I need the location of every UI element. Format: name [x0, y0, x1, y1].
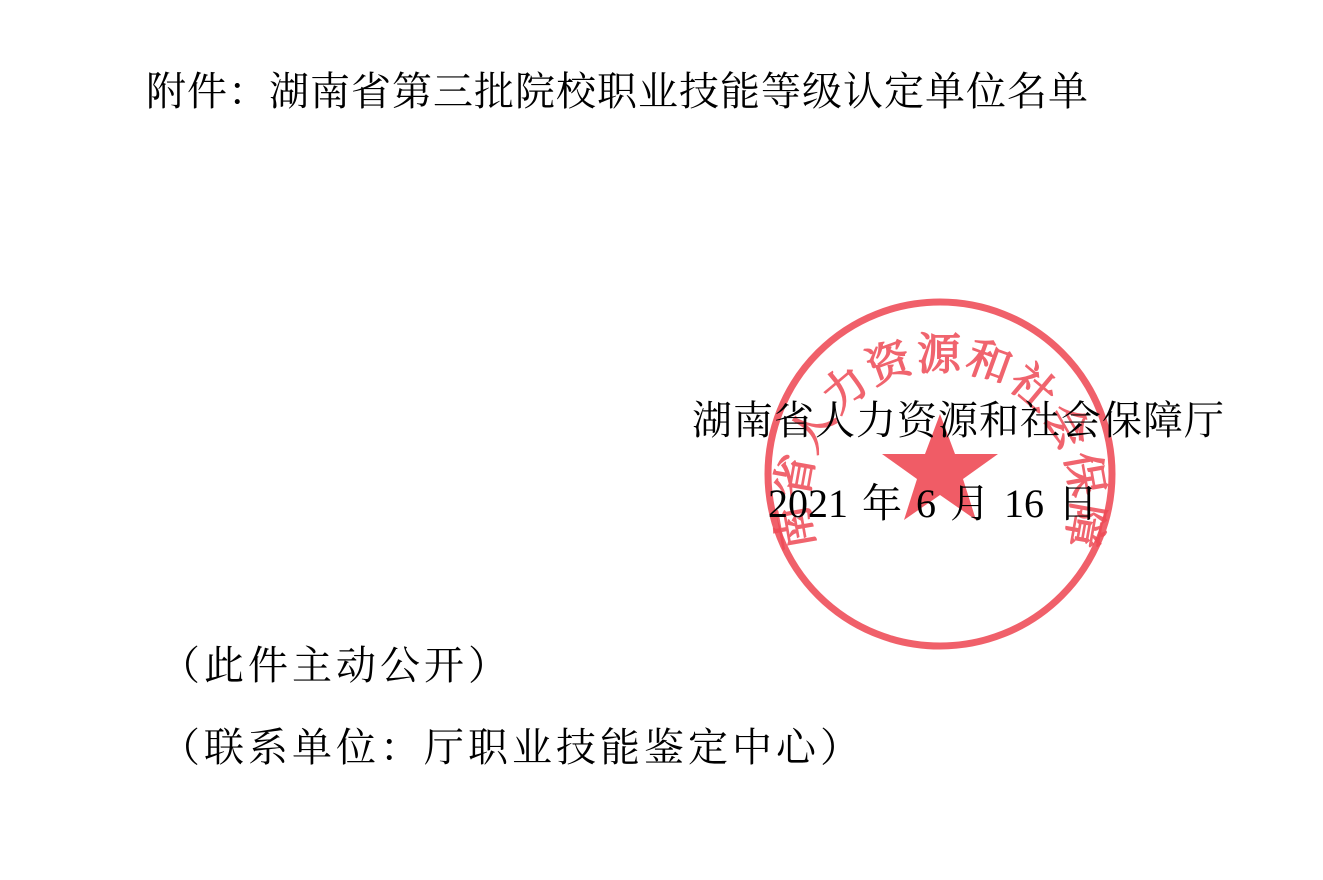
contact-note: （联系单位：厅职业技能鉴定中心） — [160, 722, 864, 774]
issuer-name: 湖南省人力资源和社会保障厅 — [692, 395, 1225, 447]
official-seal: 湖南省人力资源和社会保障厅 — [762, 296, 1118, 652]
date-year-unit: 年 — [862, 478, 902, 530]
date-year: 2021 — [768, 478, 848, 530]
issue-date: 2021年6月16日 — [768, 478, 1098, 530]
date-month: 6 — [916, 478, 936, 530]
attachment-title: 附件：湖南省第三批院校职业技能等级认定单位名单 — [146, 66, 1089, 118]
date-day: 16 — [1004, 478, 1044, 530]
date-day-unit: 日 — [1058, 478, 1098, 530]
disclosure-note: （此件主动公开） — [160, 640, 512, 692]
date-month-unit: 月 — [950, 478, 990, 530]
